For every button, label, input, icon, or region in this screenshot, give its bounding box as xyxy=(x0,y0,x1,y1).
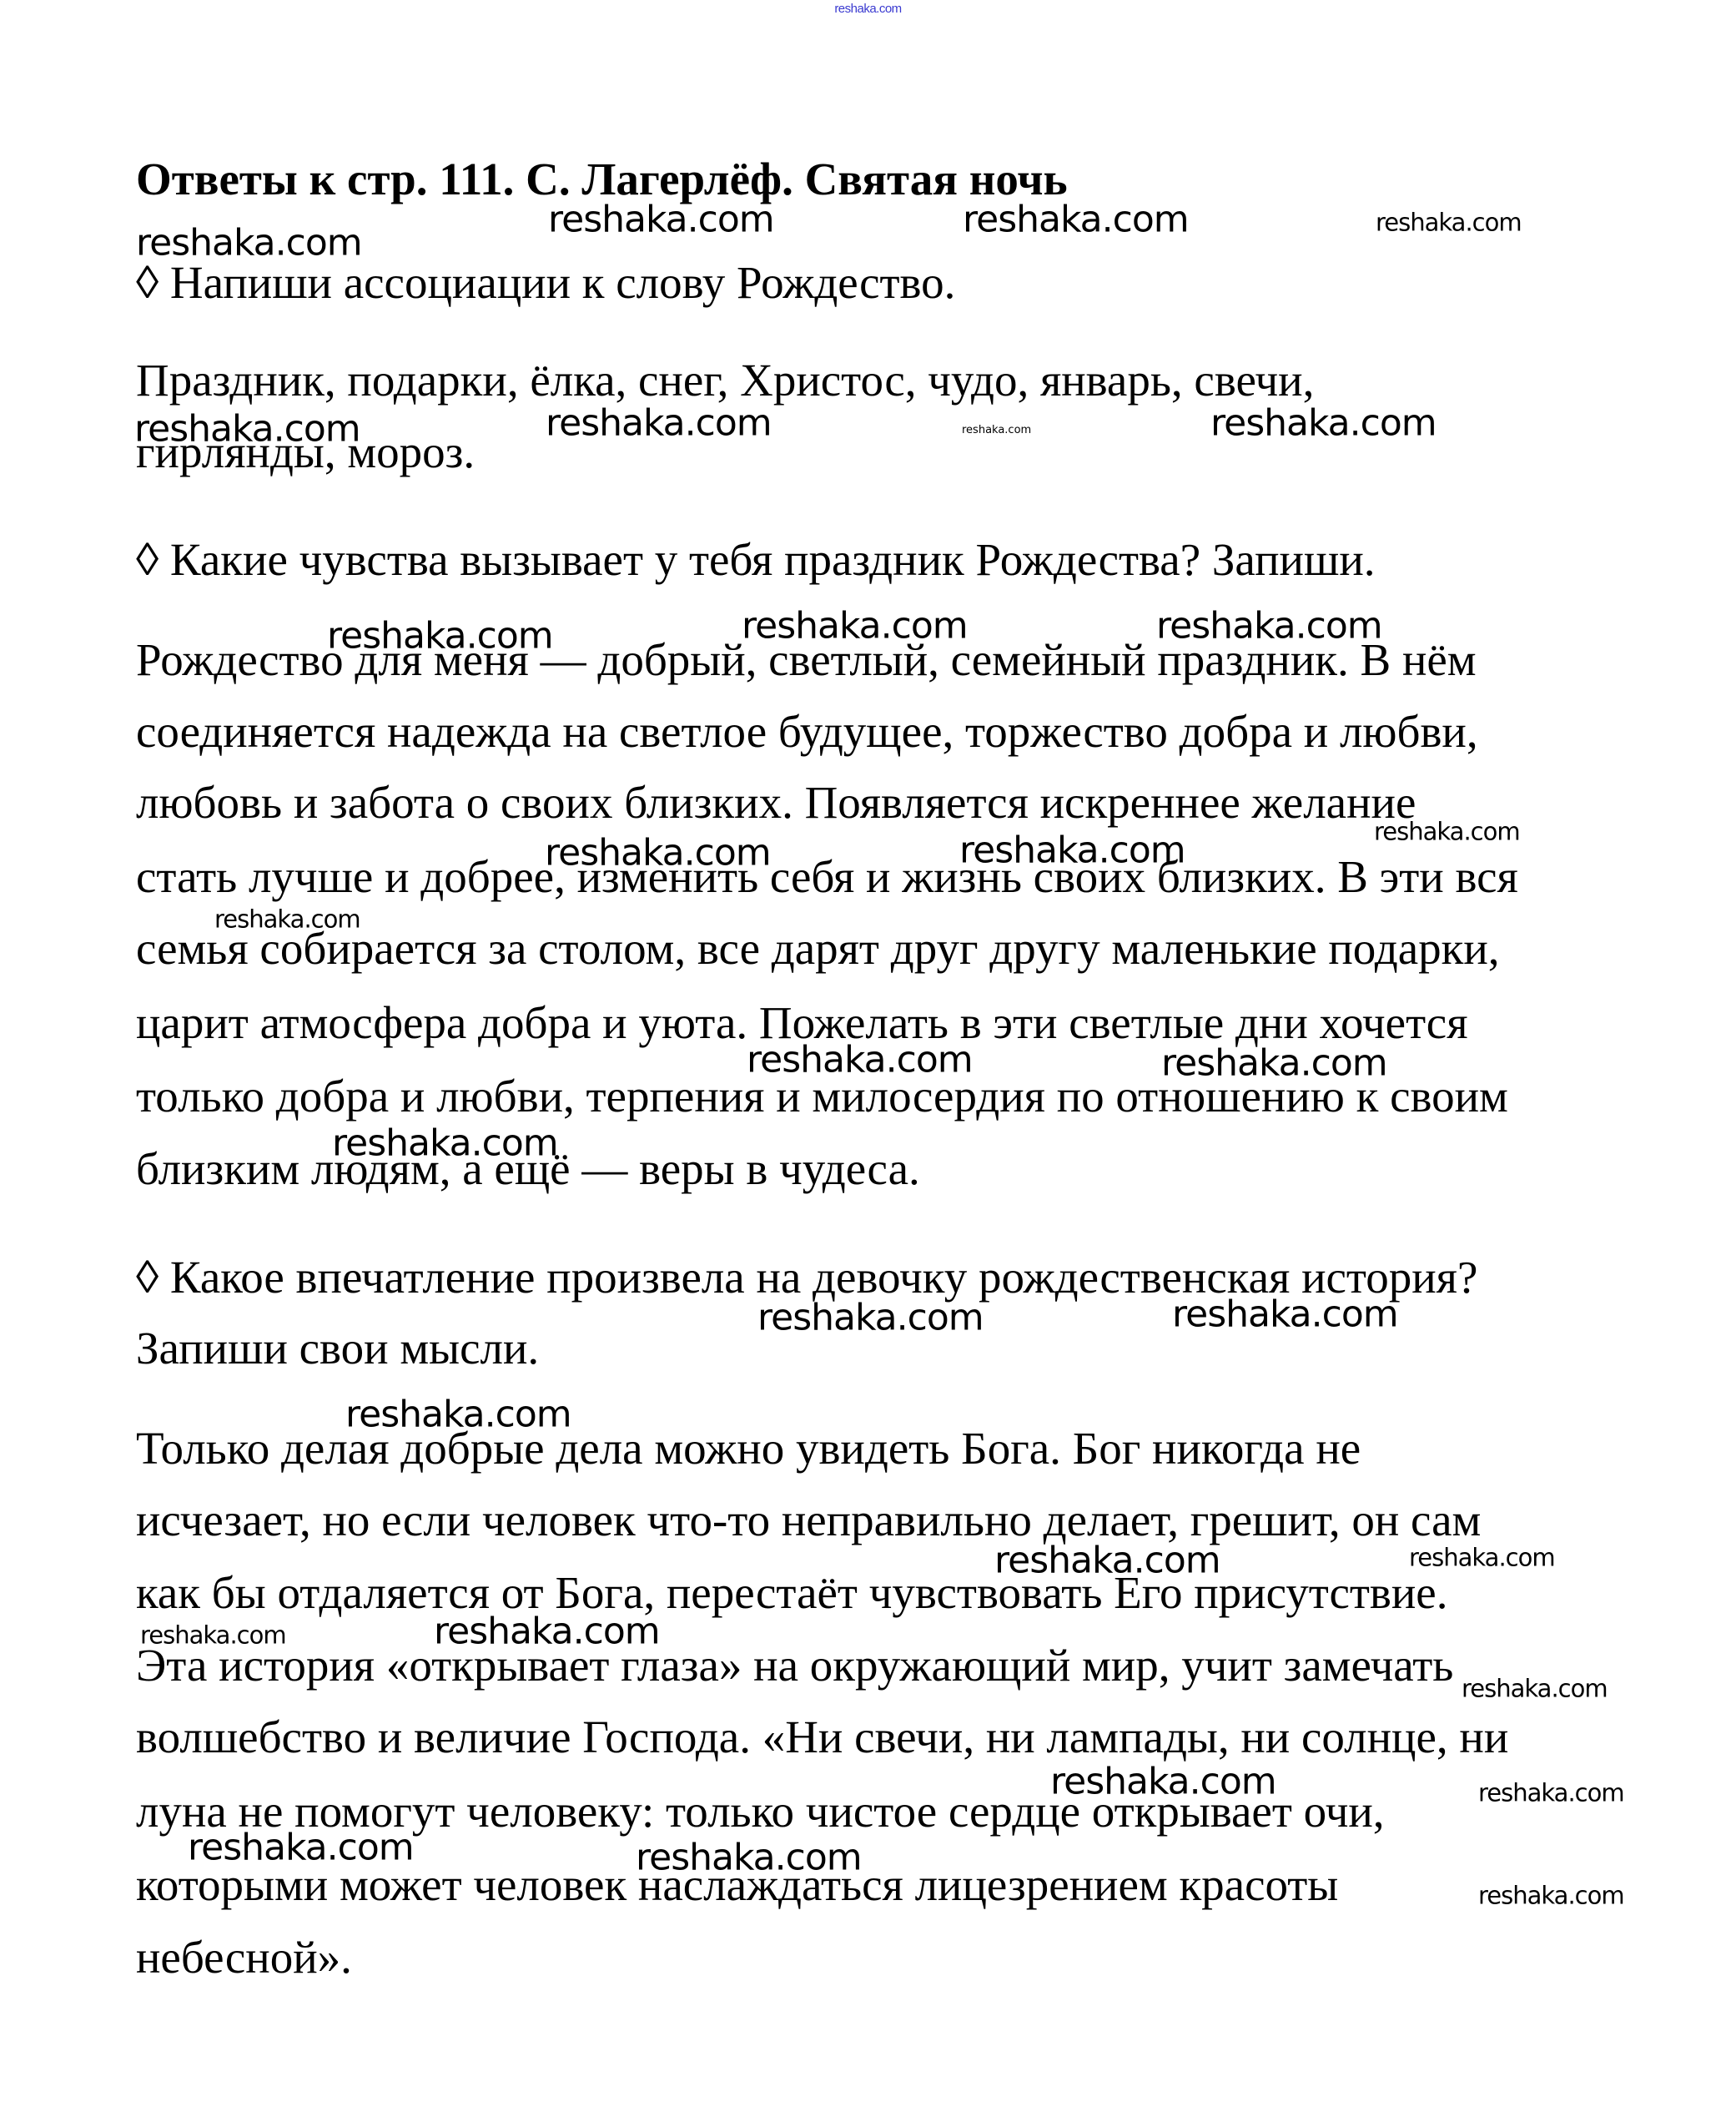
watermark: reshaka.com xyxy=(140,1623,286,1647)
watermark: reshaka.com xyxy=(1156,608,1382,645)
watermark: reshaka.com xyxy=(742,608,968,645)
watermark: reshaka.com xyxy=(959,833,1185,869)
watermark: reshaka.com xyxy=(136,225,362,262)
watermark: reshaka.com xyxy=(994,1543,1220,1580)
watermark: reshaka.com xyxy=(214,907,360,931)
watermark: reshaka.com xyxy=(327,618,553,655)
watermark: reshaka.com xyxy=(1478,1883,1624,1908)
question-3-line-2: Запиши свои мысли. xyxy=(136,1325,539,1371)
watermark: reshaka.com xyxy=(962,425,1031,436)
watermark: reshaka.com xyxy=(188,1830,414,1867)
answer-2-line-4: стать лучше и добрее, изменить себя и жи… xyxy=(136,854,1518,900)
watermark: reshaka.com xyxy=(1172,1297,1398,1333)
watermark: reshaka.com xyxy=(1050,1764,1276,1801)
page-title: Ответы к стр. 111. С. Лагерлёф. Святая н… xyxy=(136,156,1068,202)
site-link[interactable]: reshaka.com xyxy=(0,2,1736,16)
watermark: reshaka.com xyxy=(345,1397,571,1434)
answer-3-line-2: исчезает, но если человек что-то неправи… xyxy=(136,1497,1481,1543)
watermark: reshaka.com xyxy=(636,1840,862,1877)
watermark: reshaka.com xyxy=(1462,1676,1608,1701)
watermark: reshaka.com xyxy=(332,1126,558,1162)
watermark: reshaka.com xyxy=(1210,406,1437,442)
watermark: reshaka.com xyxy=(546,406,772,442)
answer-3-line-1: Только делая добрые дела можно увидеть Б… xyxy=(136,1425,1361,1471)
watermark: reshaka.com xyxy=(545,835,771,872)
question-1: ◊ Напиши ассоциации к слову Рождество. xyxy=(136,260,955,305)
watermark: reshaka.com xyxy=(1161,1046,1387,1082)
watermark: reshaka.com xyxy=(1376,210,1522,234)
answer-2-line-3: любовь и забота о своих близких. Появляе… xyxy=(136,779,1416,825)
question-2: ◊ Какие чувства вызывает у тебя праздник… xyxy=(136,537,1376,582)
watermark: reshaka.com xyxy=(434,1614,660,1651)
watermark: reshaka.com xyxy=(1374,819,1520,844)
answer-3-line-8: небесной». xyxy=(136,1934,352,1980)
answer-3-line-5: волшебство и величие Господа. «Ни свечи,… xyxy=(136,1714,1508,1760)
watermark: reshaka.com xyxy=(1409,1545,1555,1570)
watermark: reshaka.com xyxy=(747,1042,973,1079)
watermark: reshaka.com xyxy=(757,1300,984,1337)
watermark: reshaka.com xyxy=(134,411,360,448)
watermark: reshaka.com xyxy=(548,202,774,239)
watermark: reshaka.com xyxy=(1478,1781,1624,1805)
answer-3-line-3: как бы отдаляется от Бога, перестаёт чув… xyxy=(136,1570,1447,1615)
watermark: reshaka.com xyxy=(963,202,1189,239)
answer-2-line-2: соединяется надежда на светлое будущее, … xyxy=(136,708,1478,754)
answer-1-line-1: Праздник, подарки, ёлка, снег, Христос, … xyxy=(136,357,1314,403)
answer-3-line-4: Эта история «открывает глаза» на окружаю… xyxy=(136,1642,1453,1688)
document-page: reshaka.com Ответы к стр. 111. С. Лагерл… xyxy=(0,0,1736,2117)
